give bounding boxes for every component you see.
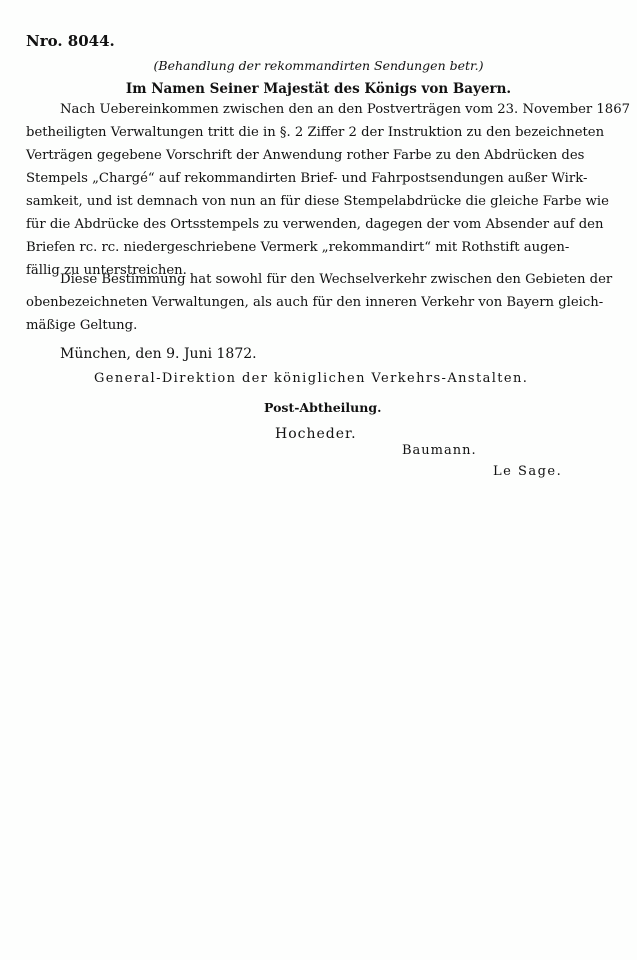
signatory: Baumann. <box>402 444 477 457</box>
signatory: Hocheder. <box>275 427 357 441</box>
paragraph-line: Nach Uebereinkommen zwischen den an den … <box>26 98 566 121</box>
paragraph-line: obenbezeichneten Verwaltungen, als auch … <box>26 291 566 314</box>
decree-number: Nro. 8044. <box>26 34 115 49</box>
paragraph-1: Nach Uebereinkommen zwischen den an den … <box>26 98 566 282</box>
paragraph-line: Briefen rc. rc. niedergeschriebene Verme… <box>26 236 566 259</box>
paragraph-line: samkeit, und ist demnach von nun an für … <box>26 190 566 213</box>
place-and-date: München, den 9. Juni 1872. <box>60 347 257 361</box>
paragraph-line: betheiligten Verwaltungen tritt die in §… <box>26 121 566 144</box>
signatory: Le Sage. <box>493 465 562 478</box>
department: Post-Abtheilung. <box>264 402 381 415</box>
paragraph-line: für die Abdrücke des Ortsstempels zu ver… <box>26 213 566 236</box>
paragraph-line: mäßige Geltung. <box>26 314 566 337</box>
paragraph-2: Diese Bestimmung hat sowohl für den Wech… <box>26 268 566 337</box>
preamble-heading: Im Namen Seiner Majestät des Königs von … <box>0 83 637 97</box>
paragraph-line: Diese Bestimmung hat sowohl für den Wech… <box>26 268 566 291</box>
issuing-office: General-Direktion der königlichen Verkeh… <box>94 372 528 385</box>
decree-subject: (Behandlung der rekommandirten Sendungen… <box>0 60 637 73</box>
paragraph-line: Stempels „Chargé“ auf rekommandirten Bri… <box>26 167 566 190</box>
paragraph-line: Verträgen gegebene Vorschrift der Anwend… <box>26 144 566 167</box>
